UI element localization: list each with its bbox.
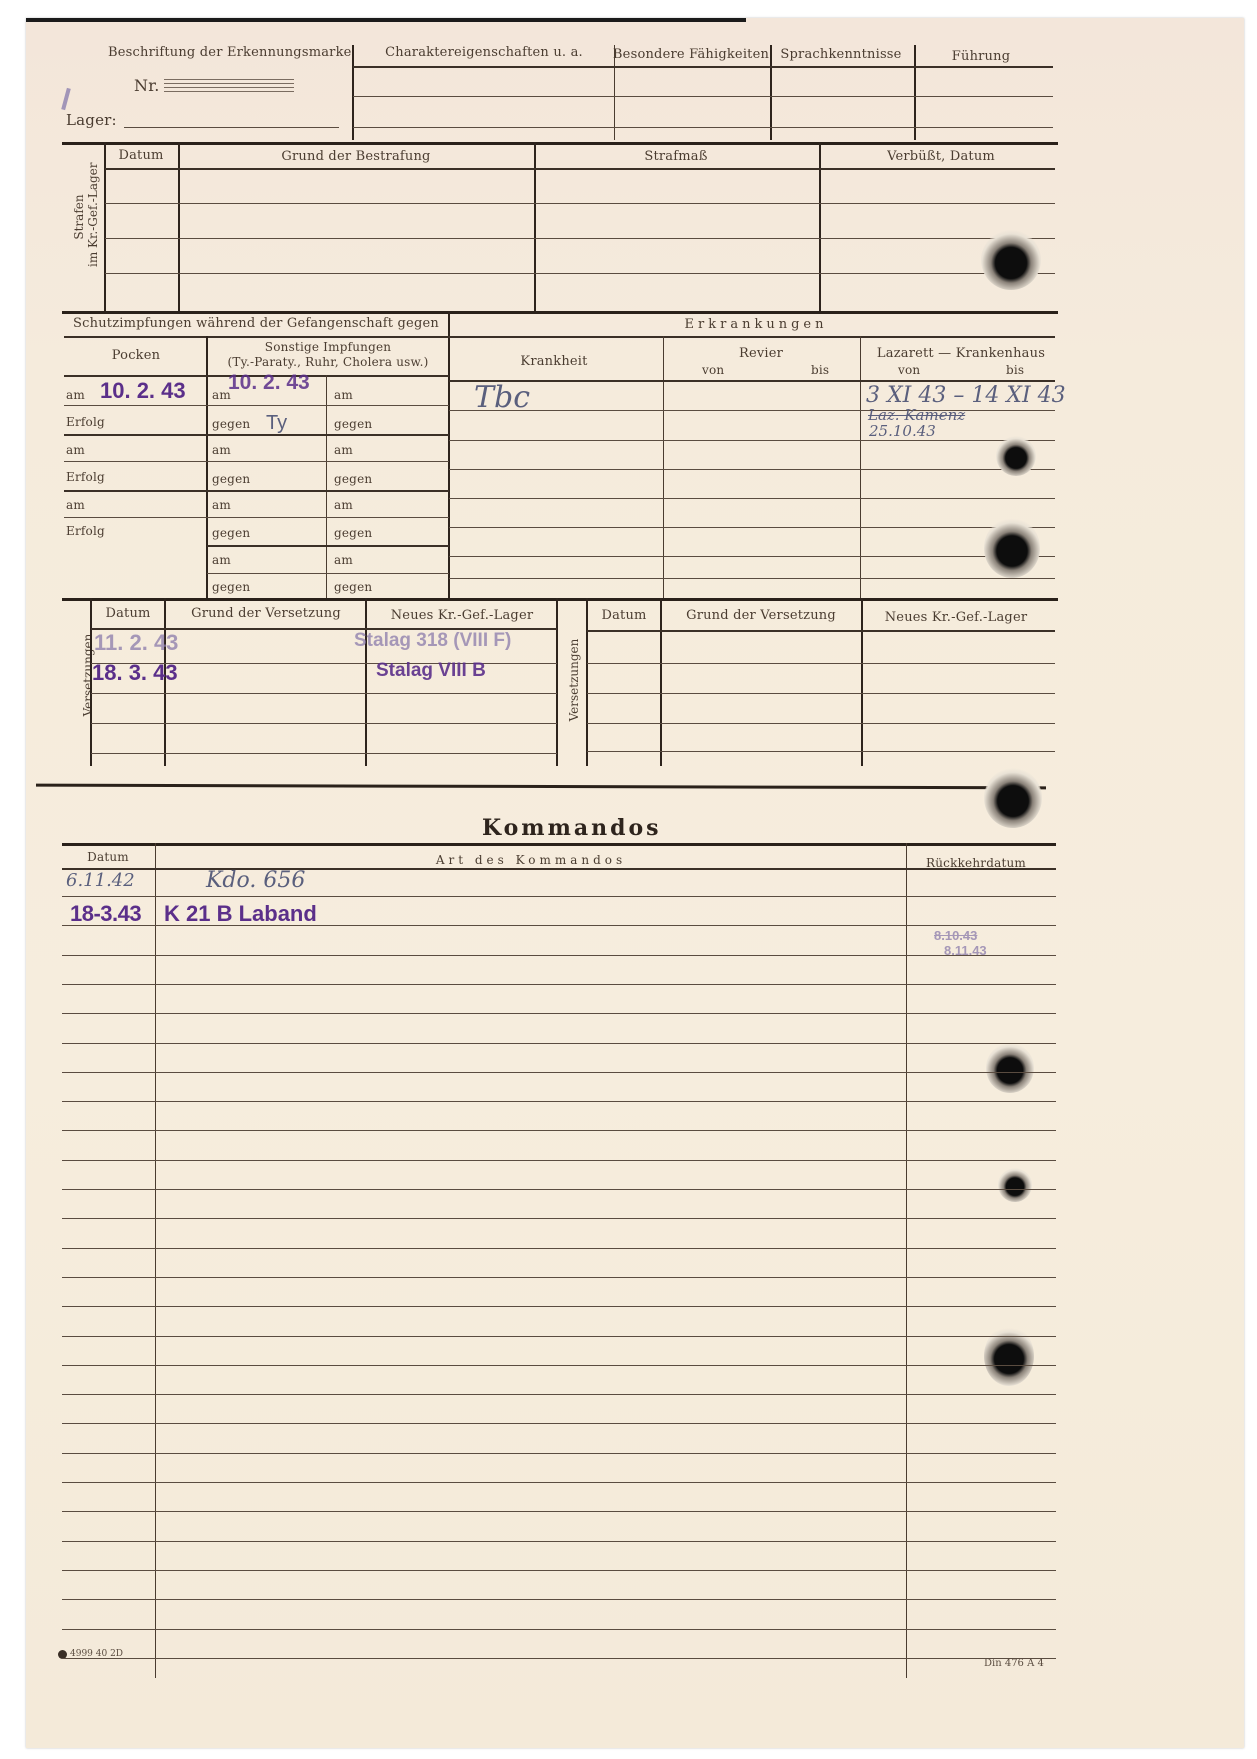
versetzungen-side-label-right: Versetzungen	[567, 630, 581, 730]
sonstige2-am-label: am	[334, 388, 353, 402]
divider	[660, 598, 662, 766]
row-rule	[62, 925, 1056, 926]
row-rule	[207, 545, 449, 547]
versetzung-lager-header: Neues Kr.-Gef.-Lager	[391, 608, 534, 623]
sonstige2-gegen-label: gegen	[334, 526, 372, 540]
punch-hole	[996, 436, 1036, 476]
row-rule	[587, 663, 1055, 664]
sonstige2-am-label: am	[334, 553, 353, 567]
row-rule	[62, 1277, 1056, 1278]
header-rule	[353, 66, 1053, 68]
row-rule	[449, 440, 1055, 441]
row-rule	[91, 693, 557, 694]
ink-mark	[61, 88, 71, 110]
divider	[352, 45, 354, 140]
sonstige-gegen-label: gegen	[212, 472, 250, 486]
kommando-datum-2: 18-3.43	[70, 901, 141, 927]
row-rule	[62, 955, 1056, 956]
pocken-am-label: am	[66, 498, 85, 512]
sonstige-gegen-value: Ty	[266, 412, 287, 435]
kommandos-art-header: Art des Kommandos	[436, 853, 626, 867]
divider	[914, 45, 916, 140]
revier-bis: bis	[811, 363, 829, 377]
row-rule	[449, 556, 1055, 557]
lazarett-bis: bis	[1006, 363, 1024, 377]
row-rule	[105, 238, 1055, 239]
kommando-art-1: Kdo. 656	[206, 868, 305, 893]
row-rule	[587, 751, 1055, 752]
kommandos-datum-header: Datum	[87, 850, 129, 864]
versetzung-right-grund-header: Grund der Versetzung	[686, 608, 836, 623]
row-rule	[62, 984, 1056, 985]
row-rule	[62, 1394, 1056, 1395]
fold-rule	[36, 784, 1046, 790]
lager-field-line	[124, 127, 339, 128]
lazarett-date2-entry: 25.10.43	[869, 422, 936, 440]
punch-hole	[981, 230, 1041, 290]
divider	[448, 311, 450, 601]
punch-hole	[998, 1168, 1032, 1202]
row-rule	[353, 127, 1053, 128]
sonstige-subheader: (Ty.-Paraty., Ruhr, Cholera usw.)	[228, 355, 429, 369]
kommando-art-2: K 21 B Laband	[164, 901, 317, 927]
rueckkehr-struck: 8.10.43	[934, 928, 977, 943]
sonstige2-gegen-label: gegen	[334, 417, 372, 431]
sonstige-am-label: am	[212, 443, 231, 457]
row-rule	[62, 896, 1056, 897]
row-rule	[62, 1189, 1056, 1190]
strafen-verbuesst-header: Verbüßt, Datum	[887, 149, 995, 164]
row-rule	[62, 1160, 1056, 1161]
header-rule	[587, 630, 1055, 632]
divider	[556, 598, 558, 766]
strafen-side-label: Strafen im Kr.-Gef.-Lager	[72, 167, 100, 267]
row-rule	[62, 1336, 1056, 1337]
pocken-erfolg-label: Erfolg	[66, 524, 105, 538]
revier-von: von	[702, 363, 724, 377]
pocken-header: Pocken	[112, 348, 160, 363]
row-rule	[353, 96, 1053, 97]
row-rule	[62, 1453, 1056, 1454]
strafen-strafmass-header: Strafmaß	[644, 149, 707, 164]
divider	[365, 598, 367, 766]
row-rule	[64, 405, 449, 406]
row-rule	[62, 1365, 1056, 1366]
header-rule	[105, 168, 1055, 170]
revier-header: Revier	[739, 346, 783, 361]
punch-hole	[984, 518, 1040, 578]
row-rule	[64, 517, 449, 518]
sonstige2-gegen-label: gegen	[334, 472, 372, 486]
row-rule	[62, 1541, 1056, 1542]
nr-field-lines	[164, 79, 294, 93]
row-rule	[91, 753, 557, 754]
erkennungsmarke-label: Beschriftung der Erkennungsmarke	[108, 45, 352, 60]
row-rule	[62, 1306, 1056, 1307]
row-rule	[62, 1248, 1056, 1249]
row-rule	[449, 469, 1055, 470]
row-rule	[587, 723, 1055, 724]
pocken-erfolg-label: Erfolg	[66, 470, 105, 484]
lager-label: Lager:	[66, 111, 117, 129]
versetzung-date-2: 18. 3. 43	[92, 660, 178, 686]
lazarett-header: Lazarett — Krankenhaus	[877, 346, 1045, 361]
versetzung-lager-2: Stalag VIII B	[376, 660, 486, 682]
versetzung-datum-header: Datum	[105, 606, 150, 621]
row-rule	[91, 723, 557, 724]
row-rule	[62, 1072, 1056, 1073]
section-rule	[62, 311, 1058, 314]
row-rule	[62, 1658, 1056, 1659]
lazarett-von: von	[898, 363, 920, 377]
divider	[155, 843, 156, 1678]
sonstige-date-stamp: 10. 2. 43	[228, 371, 310, 395]
divider	[326, 375, 327, 601]
row-rule	[449, 578, 1055, 579]
row-rule	[62, 1570, 1056, 1571]
sonstige-am-label: am	[212, 553, 231, 567]
fuehrung-header: Führung	[952, 49, 1010, 64]
row-rule	[62, 1043, 1056, 1044]
section-rule	[62, 598, 1058, 601]
sonstige-header: Sonstige Impfungen	[265, 340, 391, 354]
sonstige-gegen-label: gegen	[212, 417, 250, 431]
sonstige2-am-label: am	[334, 498, 353, 512]
header-rule	[449, 336, 1055, 338]
pocken-am-label: am	[66, 443, 85, 457]
krankheit-entry: Tbc	[474, 380, 530, 415]
record-card: Beschriftung der Erkennungsmarke Nr. Lag…	[26, 18, 1244, 1748]
faehigkeiten-header: Besondere Fähigkeiten	[613, 47, 769, 62]
pocken-date-stamp: 10. 2. 43	[100, 378, 186, 404]
sonstige-gegen-label: gegen	[212, 580, 250, 594]
row-rule	[62, 1101, 1056, 1102]
versetzung-lager-1: Stalag 318 (VIII F)	[354, 630, 511, 652]
section-rule	[62, 142, 1058, 145]
row-rule	[64, 490, 449, 492]
row-rule	[64, 461, 449, 462]
sonstige2-gegen-label: gegen	[334, 580, 372, 594]
rueckkehr-current: 8.11.43	[944, 943, 987, 958]
divider	[770, 45, 772, 140]
versetzung-date-1: 11. 2. 43	[94, 630, 178, 656]
erkrankungen-title: Erkrankungen	[685, 317, 828, 332]
kommandos-title: Kommandos	[482, 815, 662, 841]
row-rule	[62, 1130, 1056, 1131]
row-rule	[62, 1599, 1056, 1600]
row-rule	[64, 434, 449, 436]
header-rule	[64, 336, 449, 338]
versetzung-right-datum-header: Datum	[601, 608, 646, 623]
punch-hole	[984, 768, 1042, 828]
versetzung-grund-header: Grund der Versetzung	[191, 606, 341, 621]
row-rule	[207, 573, 449, 574]
sonstige-am-label: am	[212, 498, 231, 512]
versetzung-right-lager-header: Neues Kr.-Gef.-Lager	[885, 610, 1028, 625]
divider	[906, 843, 907, 1678]
charakter-header: Charaktereigenschaften u. a.	[385, 45, 583, 60]
row-rule	[105, 203, 1055, 204]
row-rule	[105, 273, 1055, 274]
row-rule	[62, 1013, 1056, 1014]
pocken-am-label: am	[66, 388, 85, 402]
sonstige2-am-label: am	[334, 443, 353, 457]
impfungen-title: Schutzimpfungen während der Gefangenscha…	[73, 316, 439, 331]
punch-hole	[986, 1043, 1034, 1093]
row-rule	[449, 527, 1055, 528]
row-rule	[62, 1218, 1056, 1219]
pocken-erfolg-label: Erfolg	[66, 415, 105, 429]
row-rule	[62, 1511, 1056, 1512]
scan-edge	[26, 18, 746, 22]
krankheit-header: Krankheit	[520, 354, 587, 369]
row-rule	[449, 498, 1055, 499]
row-rule	[62, 1482, 1056, 1483]
strafen-grund-header: Grund der Bestrafung	[281, 149, 430, 164]
row-rule	[62, 1423, 1056, 1424]
header-rule	[449, 380, 1055, 382]
din-format: Din 476 A 4	[984, 1658, 1044, 1669]
strafen-datum-header: Datum	[118, 148, 163, 163]
divider	[586, 598, 588, 766]
row-rule	[587, 693, 1055, 694]
row-rule	[62, 1629, 1056, 1630]
kommando-datum-1: 6.11.42	[66, 870, 135, 891]
divider	[861, 598, 863, 766]
sonstige-gegen-label: gegen	[212, 526, 250, 540]
nr-label: Nr.	[134, 76, 160, 95]
sprachkenntnisse-header: Sprachkenntnisse	[780, 47, 901, 62]
lazarett-dates-entry: 3 XI 43 – 14 XI 43	[866, 383, 1066, 408]
